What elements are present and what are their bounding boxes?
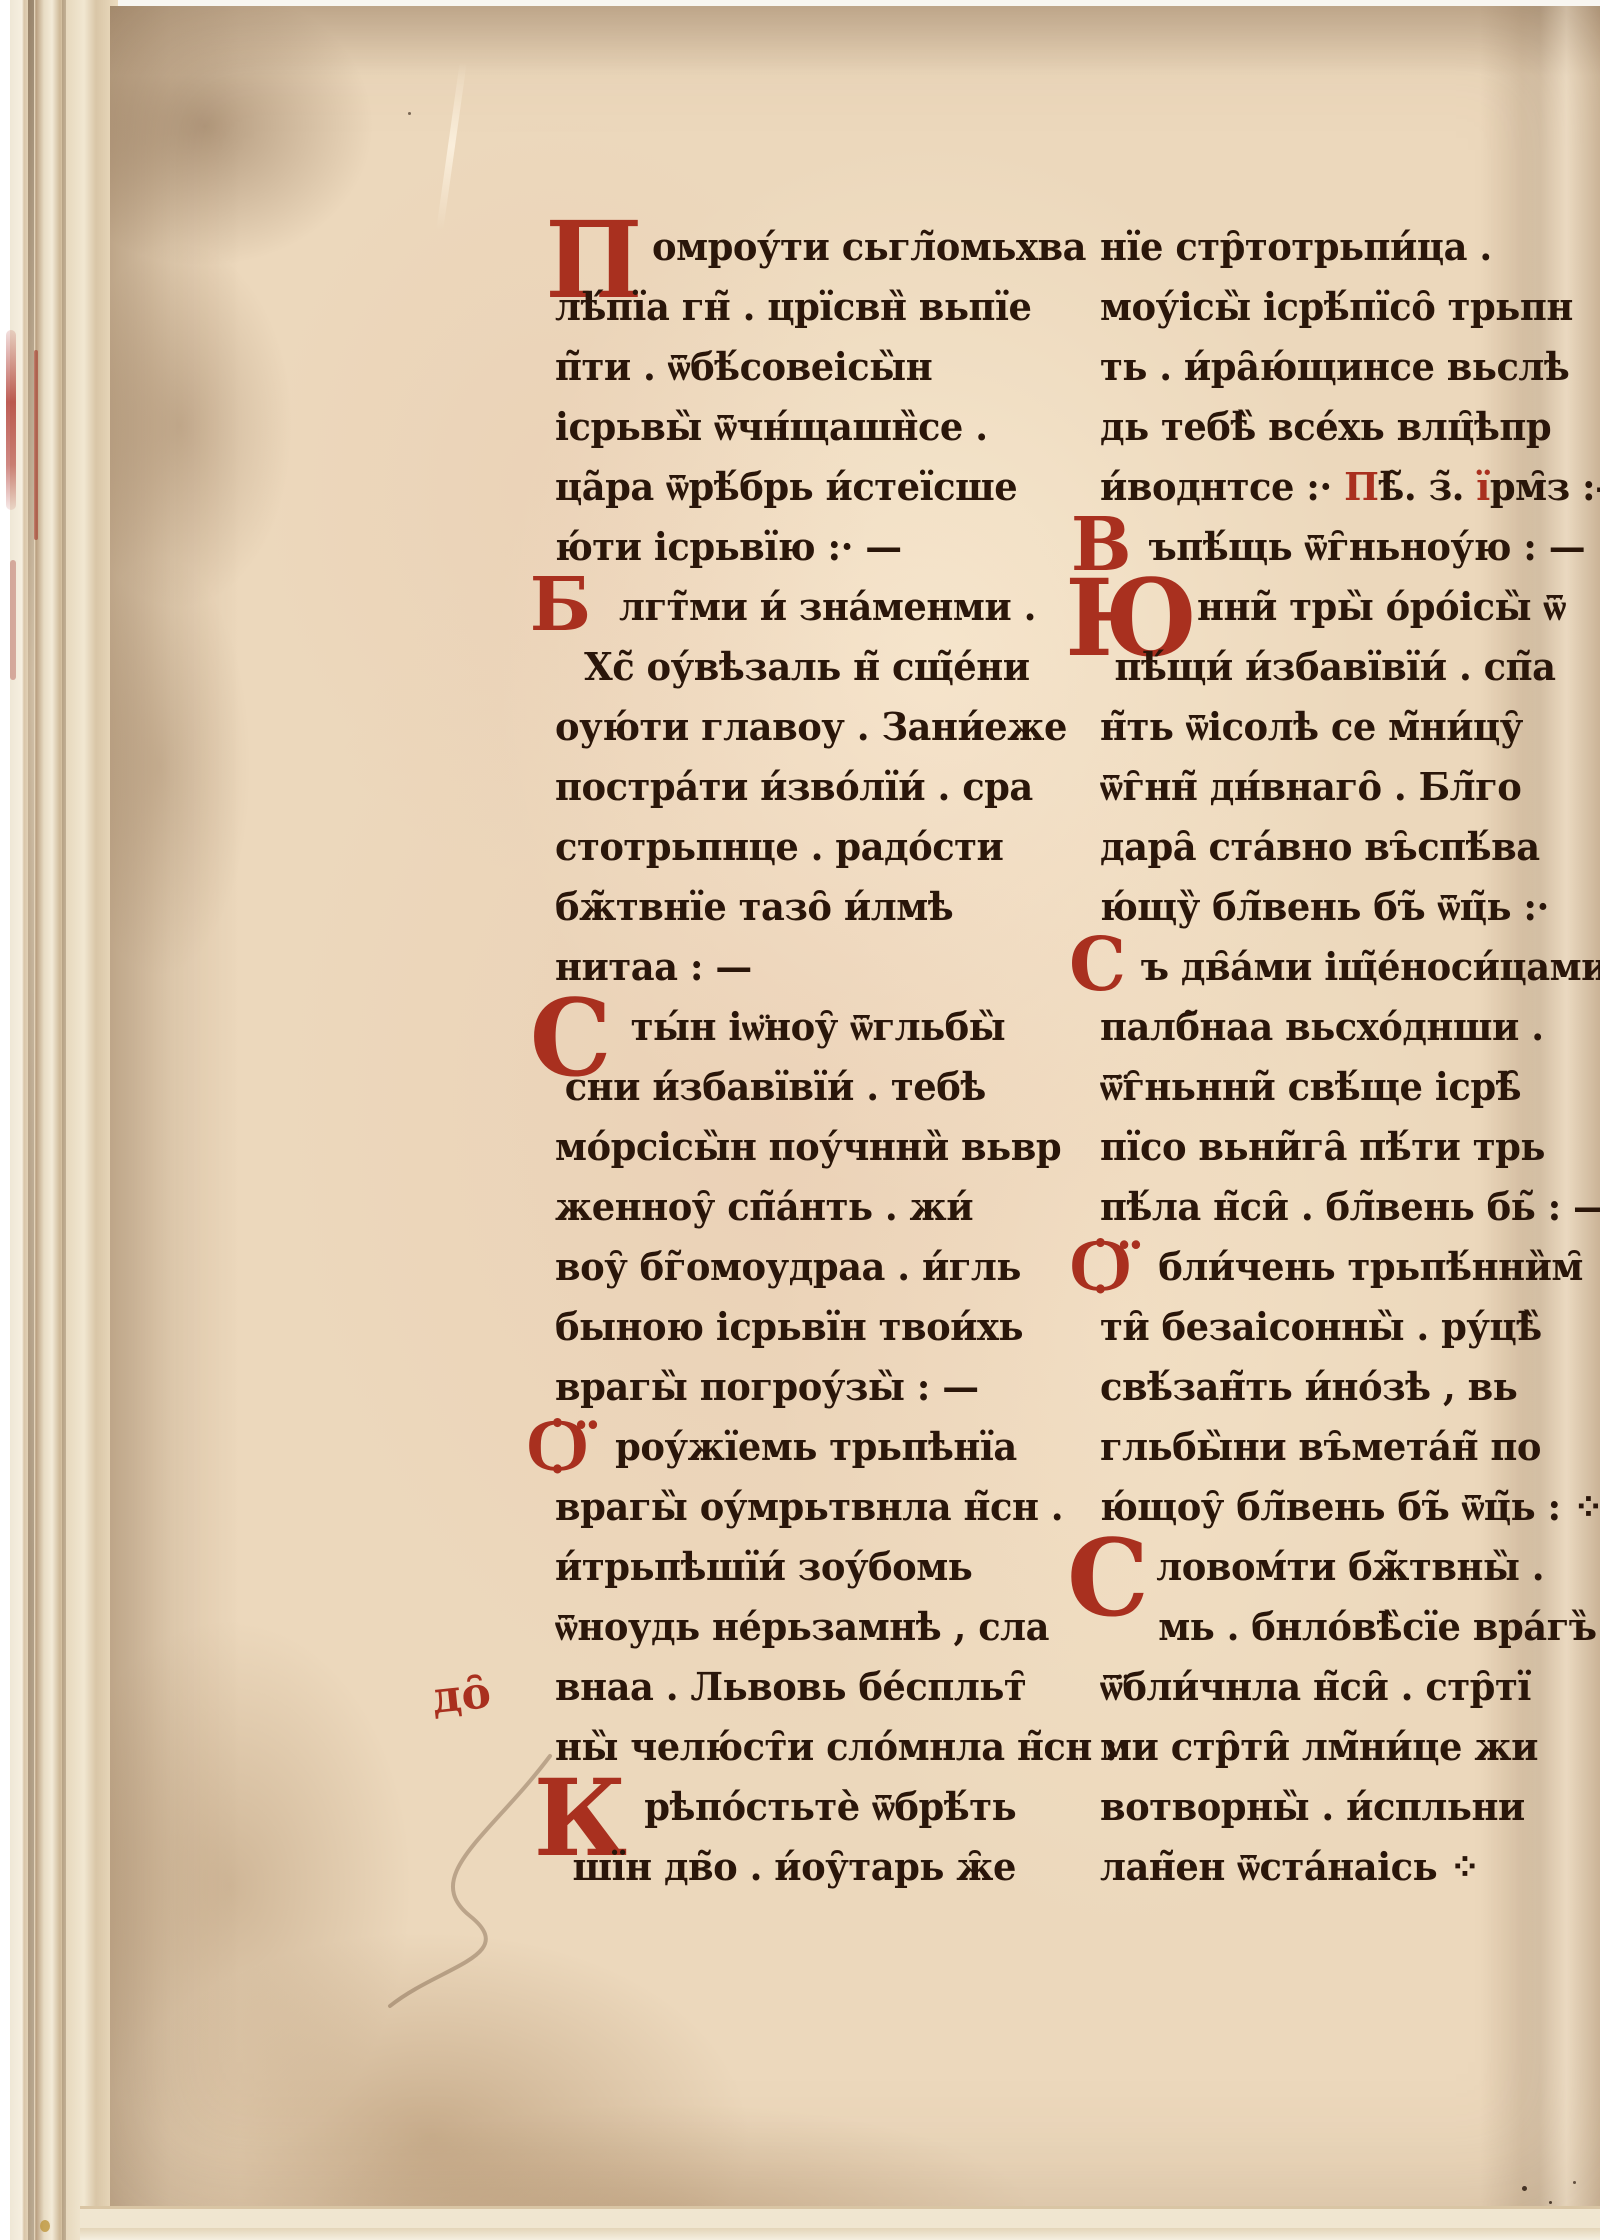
- red-edge-mark: [10, 560, 16, 680]
- ink-text: ю́щу̏ бл̃вень бъ̃ ѿц̃ь :·: [1100, 884, 1549, 929]
- marginal-note: до̑: [429, 1667, 493, 1724]
- text-line: лѣ́пїа гн̃ . црїсвн̏ вьпїе: [555, 278, 1031, 338]
- ink-text: ѿ̈бли́чнла н̃си̑ . стр̑тї: [1100, 1664, 1531, 1709]
- text-line: Блгт̃ми и́ зна́менми .: [555, 578, 1036, 638]
- ink-text: бли́чень трьпѣ́нни̏м̑: [1158, 1244, 1583, 1289]
- text-line: Помроу́ти сьгл̃омьхва: [555, 218, 1086, 278]
- parchment-page: до̑ Помроу́ти сьгл̃омьхвалѣ́пїа гн̃ . цр…: [110, 6, 1600, 2206]
- text-line: шїн дв̃о . и́оу̑тарь ж̑е: [555, 1838, 1016, 1898]
- ink-text: ѣ̃. з̃.: [1378, 464, 1476, 509]
- rubric-text: П: [1344, 464, 1378, 509]
- ink-text: ми стр̑ти̑ лм̃ни́це жи: [1100, 1724, 1538, 1769]
- text-line: Крѣпо́стьтѐ ѿбрѣ́ть: [555, 1778, 1016, 1838]
- red-edge-mark: [34, 350, 38, 540]
- text-line: пѣ́ла н̃си̑ . бл̃вень бь̃ : —: [1100, 1178, 1600, 1238]
- text-line: ми стр̑ти̑ лм̃ни́це жи: [1100, 1718, 1538, 1778]
- ink-text: ловом́ти бж̃твны̏ .: [1156, 1544, 1544, 1589]
- ink-text: и́трьпѣшїи́ зоу́бомь: [555, 1544, 972, 1589]
- ink-text: шїн дв̃о . и́оу̑тарь ж̑е: [572, 1844, 1016, 1889]
- underlying-page-edge: [80, 2206, 1600, 2240]
- text-line: Словом́ти бж̃твны̏ .: [1100, 1538, 1544, 1598]
- text-line: гльбы̏ни въ̑мета́н̃ по: [1100, 1418, 1541, 1478]
- ink-text: бж̃твнїе тазо̑ и́лмѣ: [555, 884, 953, 929]
- ink-text: ѿ̈г̑ньнни̃ свѣ́ще ісрѣ̑: [1100, 1064, 1521, 1109]
- text-line: мь . бнло́вѣ̏сїе вра́гъ̏: [1100, 1598, 1597, 1658]
- ink-text: п̃ти . ѿбѣ́совеісы̏н: [555, 344, 932, 389]
- ink-text: нїе стр̑тотрьпи́ца .: [1100, 224, 1492, 269]
- rubric-initial: С: [1069, 930, 1126, 1000]
- text-line: ю́щу̏ бл̃вень бъ̃ ѿц̃ь :·: [1100, 878, 1549, 938]
- rubric-initial: Ѻ̈: [528, 1410, 587, 1480]
- ink-specks: [1522, 2186, 1527, 2191]
- text-line: дара̑ ста́вно въ̑спѣ́ва: [1100, 818, 1540, 878]
- text-line: лан̃ен ѿста́наісь ⁘: [1100, 1838, 1480, 1898]
- ink-text: ю́ти ісрьвїю :· —: [555, 524, 902, 569]
- ink-text: врагы̏ погроу́зы̏ : —: [555, 1364, 979, 1409]
- ink-text: ѿноудь не́рьзамнѣ , сла: [555, 1604, 1049, 1649]
- ink-text: ѿг̑нн̃ дн́внаго̑ . Бл̃го: [1100, 764, 1521, 809]
- red-edge-mark: [6, 330, 16, 510]
- ink-text: внаа . Львовь бе́спльт̑: [555, 1664, 1026, 1709]
- text-line: палб̃наа вьсхо́днши .: [1100, 998, 1544, 1058]
- ink-text: и́воднтсе :·: [1100, 464, 1344, 509]
- ink-text: пѣ́щи́ и́збавївїи́ . сп̃а: [1115, 644, 1556, 689]
- text-line: ѿноудь не́рьзамнѣ , сла: [555, 1598, 1049, 1658]
- text-line: внаа . Львовь бе́спльт̑: [555, 1658, 1026, 1718]
- ink-text: врагы̏ оу́мрьтвнла н̃сн .: [555, 1484, 1063, 1529]
- text-line: Ѻ̈роу́жїемь трьпѣнїа: [555, 1418, 1017, 1478]
- text-line: ца̃ра ѿрѣ́брь и́стеїсше: [555, 458, 1017, 518]
- ink-text: мо́рсісы̏н поу́чнни̏ вьвр: [555, 1124, 1061, 1169]
- text-line: оую́ти главоу . Зани́еже: [555, 698, 1067, 758]
- text-line: дь тебѣ̏ все́хь влц̑ѣпр: [1100, 398, 1551, 458]
- text-line: свѣ́зан̃ть и́но́зѣ , вь: [1100, 1358, 1517, 1418]
- top-edge-shadow: [110, 6, 1600, 76]
- ink-text: рѣпо́стьтѐ ѿбрѣ́ть: [644, 1784, 1016, 1829]
- ink-text: рм̑з :—: [1490, 464, 1600, 509]
- ink-text: ты́н іѡ̈ноу̑ ѿгльбы̏: [631, 1004, 1006, 1049]
- text-line: стотрьпнце . радо́сти: [555, 818, 1003, 878]
- page-edge-crease: [62, 0, 66, 2240]
- text-line: вотворны̏ . и́спльни: [1100, 1778, 1525, 1838]
- ink-text: пїсо вьни̃га̑ пѣ́ти трь: [1100, 1124, 1545, 1169]
- text-line: женноу̑ сп̃а́нть . жи́: [555, 1178, 973, 1238]
- text-line: ѿ̈г̑ньнни̃ свѣ́ще ісрѣ̑: [1100, 1058, 1521, 1118]
- rubric-initial: Б: [530, 570, 591, 640]
- ink-text: постра́ти и́зво́лїи́ . сра: [555, 764, 1033, 809]
- ink-text: мь . бнло́вѣ̏сїе вра́гъ̏: [1158, 1604, 1596, 1649]
- rubric-initial: Ѻ̈: [1071, 1230, 1130, 1300]
- ink-text: нни̃ тры̏ о́ро́ісы̏ ѿ: [1197, 584, 1566, 629]
- ink-text: стотрьпнце . радо́сти: [555, 824, 1003, 869]
- ink-text: ти̑ безаісонны̏ . ру́цѣ̏: [1100, 1304, 1542, 1349]
- text-line: ны̏ челю́ст̑и сло́мнла н̃сн :·: [555, 1718, 1130, 1778]
- text-line: ѿг̑нн̃ дн́внаго̑ . Бл̃го: [1100, 758, 1521, 818]
- ink-text: ъ дв̑а́ми іщ̃е́носи́цами .: [1141, 944, 1600, 989]
- ink-text: дара̑ ста́вно въ̑спѣ́ва: [1100, 824, 1540, 869]
- ink-text: ъпѣ́щь ѿг̑ньноу́ю : —: [1149, 524, 1586, 569]
- ink-text: дь тебѣ̏ все́хь влц̑ѣпр: [1100, 404, 1551, 449]
- ink-text: н̃ть ѿісолѣ се м̃ни́цу̑: [1100, 704, 1523, 749]
- ink-text: палб̃наа вьсхо́днши .: [1100, 1004, 1544, 1049]
- text-line: ть . и́ра̑ю́щинсе вьслѣ: [1100, 338, 1569, 398]
- text-line: ти̑ безаісонны̏ . ру́цѣ̏: [1100, 1298, 1542, 1358]
- ink-text: сни и́збавївїи́ . тебѣ: [565, 1064, 986, 1109]
- text-line: ѿ̈бли́чнла н̃си̑ . стр̑тї: [1100, 1658, 1531, 1718]
- ink-text: Хс̃ оу́вѣзаль н̃ сщ̃е́ни: [584, 644, 1030, 689]
- text-line: нїе стр̑тотрьпи́ца .: [1100, 218, 1492, 278]
- ink-text: ю́щоу̑ бл̃вень бъ̃ ѿц̃ь : ⁘: [1100, 1484, 1600, 1529]
- parchment-scratch: [436, 61, 467, 230]
- ink-text: лан̃ен ѿста́наісь ⁘: [1100, 1844, 1480, 1889]
- text-line: Ѻ̈бли́чень трьпѣ́нни̏м̑: [1100, 1238, 1583, 1298]
- text-line: врагы̏ погроу́зы̏ : —: [555, 1358, 979, 1418]
- ink-text: оую́ти главоу . Зани́еже: [555, 704, 1067, 749]
- ink-text: быною ісрьвїн твои́хь: [555, 1304, 1023, 1349]
- text-line: постра́ти и́зво́лїи́ . сра: [555, 758, 1033, 818]
- ink-text: вотворны̏ . и́спльни: [1100, 1784, 1525, 1829]
- ink-text: ны̏ челю́ст̑и сло́мнла н̃сн :·: [555, 1724, 1130, 1769]
- rubric-text: ї: [1476, 464, 1490, 509]
- text-line: ю́ти ісрьвїю :· —: [555, 518, 902, 578]
- ink-text: ть . и́ра̑ю́щинсе вьслѣ: [1100, 344, 1569, 389]
- text-line: мо́рсісы̏н поу́чнни̏ вьвр: [555, 1118, 1061, 1178]
- text-line: бж̃твнїе тазо̑ и́лмѣ: [555, 878, 953, 938]
- text-line: моу́ісы̏ ісрѣ́пїсо̑ трьпн: [1100, 278, 1573, 338]
- ink-text: моу́ісы̏ ісрѣ́пїсо̑ трьпн: [1100, 284, 1573, 329]
- text-line: быною ісрьвїн твои́хь: [555, 1298, 1023, 1358]
- text-line: сни и́збавївїи́ . тебѣ: [555, 1058, 986, 1118]
- text-line: Юнни̃ тры̏ о́ро́ісы̏ ѿ: [1100, 578, 1566, 638]
- ink-text: лгт̃ми и́ зна́менми .: [619, 584, 1036, 629]
- page-edge-crease: [28, 0, 34, 2240]
- text-line: п̃ти . ѿбѣ́совеісы̏н: [555, 338, 932, 398]
- edge-speck: [40, 2220, 50, 2232]
- text-line: Хс̃ оу́вѣзаль н̃ сщ̃е́ни: [555, 638, 1030, 698]
- ink-text: воу̑ бг̃омоудраа . и́гль: [555, 1244, 1021, 1289]
- book-fore-edge: [0, 0, 118, 2240]
- text-line: ю́щоу̑ бл̃вень бъ̃ ѿц̃ь : ⁘: [1100, 1478, 1600, 1538]
- text-line: и́воднтсе :· Пѣ̃. з̃. їрм̑з :—: [1100, 458, 1600, 518]
- manuscript-scan: до̑ Помроу́ти сьгл̃омьхвалѣ́пїа гн̃ . цр…: [0, 0, 1600, 2240]
- text-line: н̃ть ѿісолѣ се м̃ни́цу̑: [1100, 698, 1523, 758]
- text-line: ісрьвы̏ ѿчн́щашн̏се .: [555, 398, 988, 458]
- ink-text: гльбы̏ни въ̑мета́н̃ по: [1100, 1424, 1541, 1469]
- text-line: пѣ́щи́ и́збавївїи́ . сп̃а: [1100, 638, 1556, 698]
- ink-text: женноу̑ сп̃а́нть . жи́: [555, 1184, 973, 1229]
- text-line: врагы̏ оу́мрьтвнла н̃сн .: [555, 1478, 1063, 1538]
- ink-text: свѣ́зан̃ть и́но́зѣ , вь: [1100, 1364, 1517, 1409]
- text-line: пїсо вьни̃га̑ пѣ́ти трь: [1100, 1118, 1545, 1178]
- text-line: Сты́н іѡ̈ноу̑ ѿгльбы̏: [555, 998, 1005, 1058]
- ink-text: лѣ́пїа гн̃ . црїсвн̏ вьпїе: [555, 284, 1031, 329]
- text-line: воу̑ бг̃омоудраа . и́гль: [555, 1238, 1021, 1298]
- ink-text: роу́жїемь трьпѣнїа: [615, 1424, 1017, 1469]
- text-line: Съ дв̑а́ми іщ̃е́носи́цами .: [1100, 938, 1600, 998]
- ink-text: ісрьвы̏ ѿчн́щашн̏се .: [555, 404, 988, 449]
- text-line: и́трьпѣшїи́ зоу́бомь: [555, 1538, 972, 1598]
- ink-text: омроу́ти сьгл̃омьхва: [652, 224, 1086, 269]
- ink-text: ца̃ра ѿрѣ́брь и́стеїсше: [555, 464, 1017, 509]
- ink-text: пѣ́ла н̃си̑ . бл̃вень бь̃ : —: [1100, 1184, 1600, 1229]
